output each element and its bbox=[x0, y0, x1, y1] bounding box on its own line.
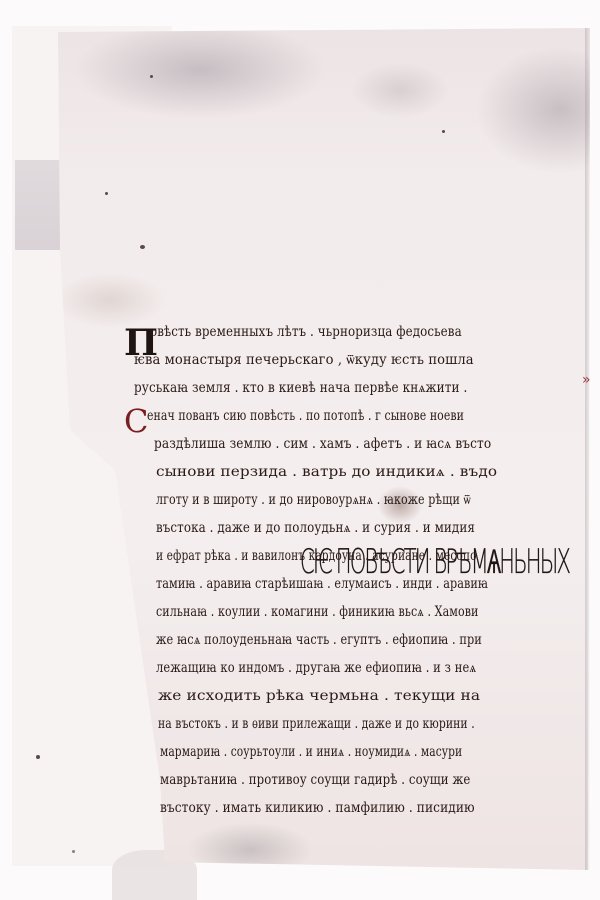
text-line-1: овѣсть временныхъ лѣтъ . чьрноризца федо… bbox=[150, 322, 462, 342]
text-line-3: руськаꙗ земля . кто в киевѣ нача первѣе … bbox=[134, 378, 467, 398]
ink-speck bbox=[442, 130, 445, 133]
text-line-11: сильнаꙗ . коулии . комагини . финикиꙗ вь… bbox=[156, 602, 479, 622]
text-line-17: маврьтаниꙗ . противоу соущи гадирѣ . соу… bbox=[160, 770, 470, 790]
ink-speck bbox=[140, 245, 145, 249]
text-line-15: на въстокъ . и в ѳиви прилежащи . даже и… bbox=[158, 714, 475, 734]
text-line-9: и ефрат рѣка . и вавилонъ кардоуна . асу… bbox=[156, 546, 477, 566]
manuscript-scan: СѤ ПОВѢСТИ ВРѢМѦНЬНЫХ П С овѣсть временн… bbox=[0, 0, 600, 900]
text-line-10: тамиꙗ . аравиꙗ старѣишаꙗ . елумаисъ . ин… bbox=[156, 574, 488, 594]
text-line-18: въстоку . имать киликию . памфилию . пис… bbox=[160, 798, 475, 818]
title-heading-block: СѤ ПОВѢСТИ ВРѢМѦНЬНЫХ bbox=[150, 268, 410, 320]
rubric-mark: » bbox=[582, 372, 591, 388]
manuscript-text: СѤ ПОВѢСТИ ВРѢМѦНЬНЫХ П С овѣсть временн… bbox=[0, 0, 600, 900]
text-line-16: мармариꙗ . соурьтоули . и иниѧ . ноумиди… bbox=[160, 742, 462, 762]
text-line-14: же исходить рѣка чермьна . текущи на bbox=[158, 686, 480, 706]
ink-speck bbox=[150, 75, 153, 78]
rubric-initial-s: С bbox=[124, 405, 148, 437]
text-line-4: енач пованъ сию повѣсть . по потопѣ . г … bbox=[147, 406, 464, 426]
ink-speck bbox=[72, 850, 75, 853]
text-line-6: сынови перзида . ватрь до индикиѧ . въдо bbox=[156, 462, 497, 482]
text-line-2: ѥва монастыря печерьскаго , ѿкуду ѥсть п… bbox=[134, 350, 474, 370]
ink-speck bbox=[105, 192, 108, 195]
text-line-13: лежащиꙗ ко индомъ . другаꙗ же ефиопиꙗ . … bbox=[156, 658, 476, 678]
text-line-7: лготу и в широту . и до нировоурѧнѧ . ꙗк… bbox=[156, 490, 471, 510]
text-line-12: же ꙗсѧ полоуденьнаꙗ часть . егуптъ . ефи… bbox=[156, 630, 482, 650]
text-line-5: раздѣлиша землю . сим . хамъ . афетъ . и… bbox=[154, 434, 491, 454]
ink-speck bbox=[36, 755, 40, 759]
text-line-8: въстока . даже и до полоудьнѧ . и сурия … bbox=[156, 518, 475, 538]
